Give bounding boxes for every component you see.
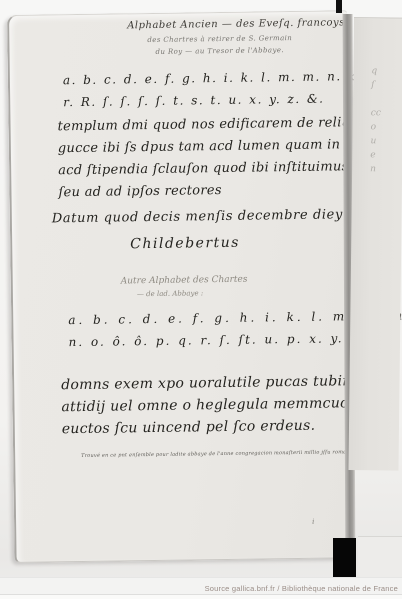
title-line-1: Alphabet Ancien — des Eveſq. francoys <box>127 17 345 31</box>
manuscript-page: Alphabet Ancien — des Eveſq. francoys de… <box>7 10 355 563</box>
title2-line-2: — de lad. Abbaye : <box>137 289 203 298</box>
title-line-2: des Chartres à retirer de S. Germain <box>147 34 292 44</box>
page-mark: i <box>312 518 314 526</box>
ink-bleedthrough-text: q ſ cc o u e n <box>370 64 381 176</box>
facing-page-edge: q ſ cc o u e n <box>348 17 402 471</box>
footer-bottom-strip <box>0 594 402 599</box>
alphabet2-row2: n. o. ô. ô. p. q. r. ſ. ſt. u. p. x. y. … <box>68 331 389 349</box>
footnote-line: Trouvé en ce pnt enſemble pour ladite ab… <box>81 449 387 459</box>
scanned-page-photo: Alphabet Ancien — des Eveſq. francoys de… <box>0 0 402 599</box>
scanner-black-mark-bottom <box>333 538 356 579</box>
paragraph2-line-2: attidij uel omne o heglegula memmcuchal <box>61 395 371 415</box>
paragraph1-line-3: acd ſtipendia ſclauſon quod ibi inſtitui… <box>58 159 349 178</box>
paragraph2-line-1: domns exem xpo uoralutile pucas tubine <box>61 373 360 393</box>
title2-line-1: Autre Alphabet des Chartes <box>121 275 248 287</box>
gallica-watermark-bar: Source gallica.bnf.fr / Bibliothèque nat… <box>0 577 402 595</box>
scanner-black-mark-top <box>336 0 342 13</box>
facing-page-lower-edge <box>358 536 402 579</box>
alphabet1-row2: r. R. ſ. ſ. ſ. ſ. t. s. t. u. x. y. z. &… <box>63 92 324 110</box>
title-line-3: du Roy — au Tresor de l'Abbaye. <box>155 46 284 56</box>
paragraph1-line-4: ſeu ad ad ipſos rectores <box>58 183 222 200</box>
signature-childebertus: Childebertus <box>130 235 240 253</box>
paragraph2-line-3: euctos ſcu uincend pel ſco erdeus. <box>62 418 316 438</box>
